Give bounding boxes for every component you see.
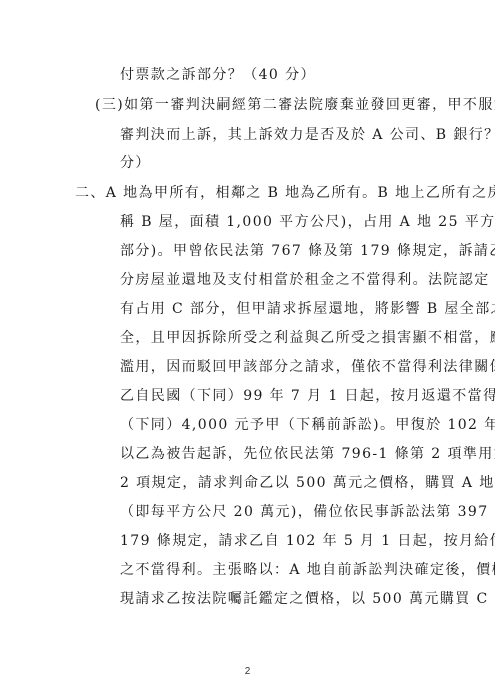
text-line: 審判決而上訴，其上訴效力是否及於 A 公司、B 銀行？（20 [120,126,495,144]
text-line: 乙自民國（下同）99 年 7 月 1 日起，按月返還不當得利新臺幣 [120,387,495,405]
text-line: 現請求乙按法院囑託鑑定之價格，以 500 萬元購買 C 部分；又倘 [120,590,495,608]
page-number: 2 [0,666,495,677]
text-line: 2 項規定，請求判命乙以 500 萬元之價格，購買 A 地之 C 部分 [120,474,495,492]
text-line: 分房屋並還地及支付相當於租金之不當得利。法院認定 B 屋雖確 [120,271,495,289]
text-line-subquestion-3: (三)如第一審判決嗣經第二審法院廢棄並發回更審，甲不服第二 [95,96,495,114]
text-line: 有占用 C 部分，但甲請求拆屋還地，將影響 B 屋全部之結構安 [120,300,495,318]
text-line-continuation: 付票款之訴部分？（40 分） [120,66,316,84]
text-line: 179 條規定，請求乙自 102 年 5 月 1 日起，按月給付甲 6,000 … [120,532,495,550]
text-line: 以乙為被告起訴，先位依民法第 796-1 條第 2 項準用第 796 條第 [120,445,495,463]
text-line: 分） [120,154,151,172]
text-line-question-2: 二、A 地為甲所有，相鄰之 B 地為乙所有。B 地上乙所有之房屋（下 [75,184,495,202]
text-line: 全，且甲因拆除所受之利益與乙所受之損害顯不相當，應係權利 [120,329,495,347]
text-line: 部分)。甲曾依民法第 767 條及第 179 條規定，訴請乙拆除 C 部 [120,242,495,260]
text-line: 之不當得利。主張略以：A 地自前訴訟判決確定後，價格飛漲， [120,561,495,579]
text-line: （下同）4,000 元予甲（下稱前訴訟)。甲復於 102 年 4 月 1 日 [120,416,495,434]
text-line: 稱 B 屋，面積 1,000 平方公尺)，占用 A 地 25 平方公尺（下稱 C [120,213,495,231]
text-line: （即每平方公尺 20 萬元)，備位依民事訴訟法第 397 條及民法第 [120,503,495,521]
text-line: 濫用，因而駁回甲該部分之請求，僅依不當得利法律關係，判命 [120,358,495,376]
document-page: 付票款之訴部分？（40 分） (三)如第一審判決嗣經第二審法院廢棄並發回更審，甲… [0,0,495,700]
